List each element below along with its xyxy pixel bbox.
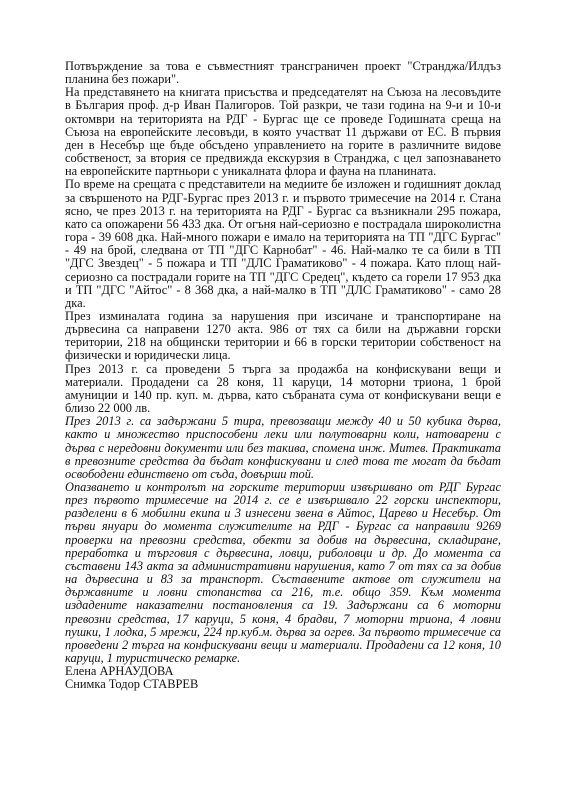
paragraph-book-presentation: На представянето на книгата присъства и …	[65, 86, 501, 178]
paragraph-quote-trucks: През 2013 г. са задържани 5 тира, превоз…	[65, 415, 501, 481]
paragraph-auctions: През 2013 г. са проведени 5 търга за про…	[65, 363, 501, 416]
paragraph-forest-control: Опазването и контролът на горските терит…	[65, 481, 501, 665]
article-body: Потвърждение за това е съвместният транс…	[65, 60, 501, 692]
photo-credit: Снимка Тодор СТАВРЕВ	[65, 678, 501, 691]
paragraph-violations: През изминалата година за нарушения при …	[65, 310, 501, 363]
paragraph-project-intro: Потвърждение за това е съвместният транс…	[65, 60, 501, 86]
paragraph-annual-report-fires: По време на срещата с представители на м…	[65, 178, 501, 310]
